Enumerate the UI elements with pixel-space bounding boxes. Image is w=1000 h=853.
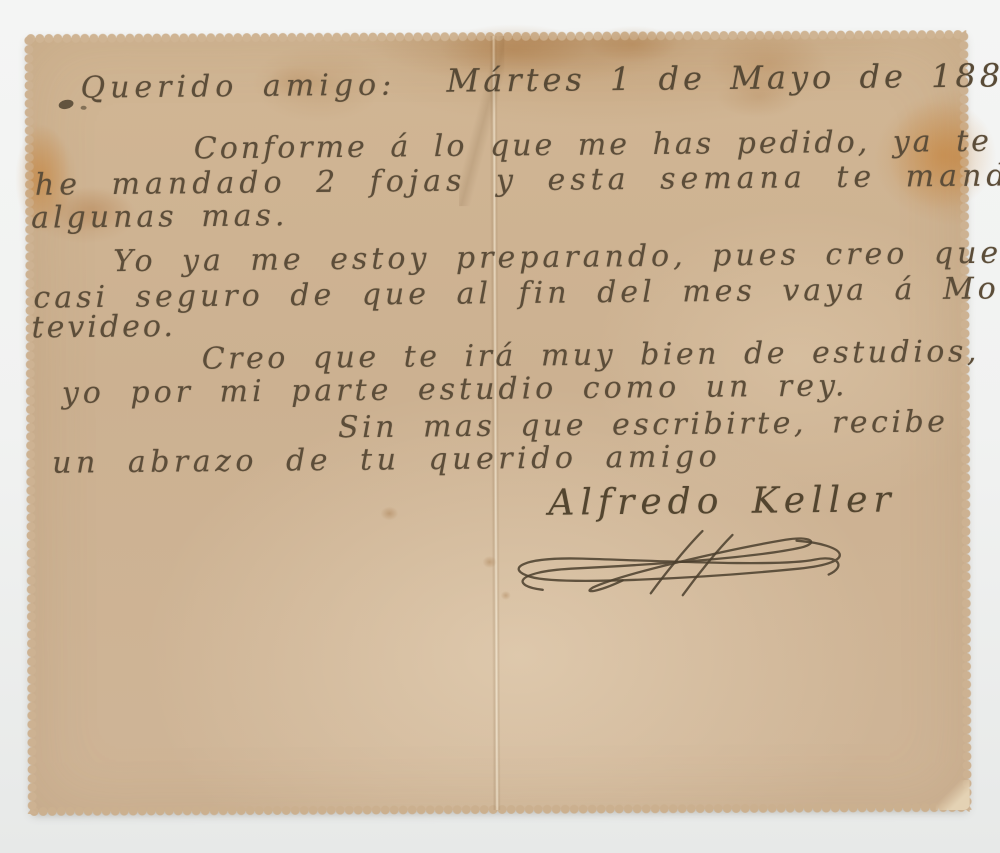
body-line: algunas mas. [31, 198, 289, 235]
perforated-edge-left [24, 36, 36, 814]
stain [380, 506, 398, 520]
salutation: Querido amigo: [80, 68, 396, 106]
body-line: he mandado 2 fojas y esta semana te mand… [35, 158, 1000, 203]
corner-fold [936, 780, 970, 810]
signature: Alfredo Keller [548, 479, 897, 523]
stain [588, 25, 678, 63]
body-line: tevideo. [31, 309, 176, 345]
closing-line: un abrazo de tu querido amigo [52, 439, 721, 480]
photo-background: Querido amigo: Mártes 1 de Mayo de 1888 … [0, 0, 1000, 853]
body-line: yo por mi parte estudio como un rey. [62, 368, 849, 411]
ink-blot [81, 106, 87, 110]
dateline: Mártes 1 de Mayo de 1888 [446, 56, 1000, 100]
letter-paper: Querido amigo: Mártes 1 de Mayo de 1888 … [28, 34, 967, 812]
ink-blot [58, 98, 75, 110]
signature-flourish [498, 526, 868, 600]
